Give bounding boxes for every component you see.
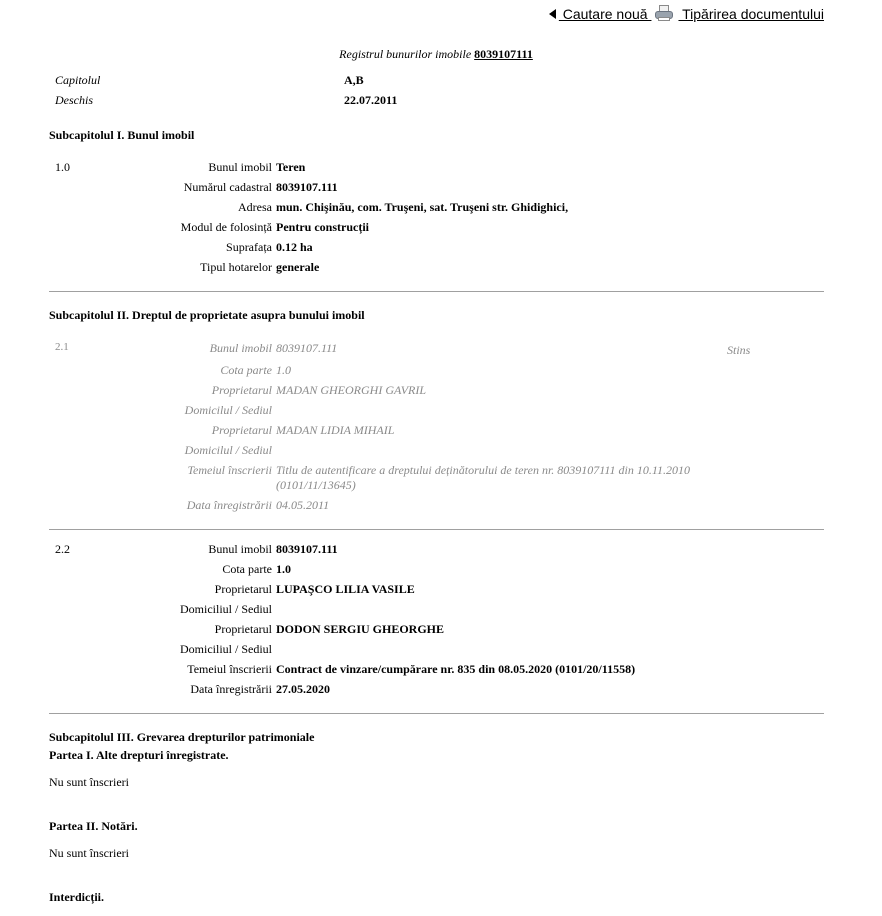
field-value: 04.05.2011 (276, 498, 329, 513)
field-value: 8039107.111 (276, 180, 338, 195)
field-label: Data înregistrării (52, 682, 272, 697)
subchapter-2-heading: Subcapitolul II. Dreptul de proprietate … (49, 308, 365, 323)
printer-icon[interactable] (654, 5, 674, 21)
field-value: MADAN LIDIA MIHAIL (276, 423, 394, 438)
field-label: Adresa (52, 200, 272, 215)
field-label: Domicilul / Sediul (52, 443, 272, 458)
field-value: generale (276, 260, 319, 275)
deschis-value: 22.07.2011 (344, 93, 397, 108)
field-label: Domiciliul / Sediul (52, 602, 272, 617)
field-value: 1.0 (276, 363, 291, 378)
field-label: Cota parte (52, 562, 272, 577)
field-value: Contract de vinzare/cumpărare nr. 835 di… (276, 662, 635, 677)
field-label: Data înregistrării (52, 498, 272, 513)
field-value: Pentru construcții (276, 220, 369, 235)
register-number: 8039107111 (474, 47, 533, 61)
field-value: 8039107.111 (276, 542, 338, 557)
field-value: mun. Chişinău, com. Truşeni, sat. Truşen… (276, 200, 568, 215)
field-label: Domicilul / Sediul (52, 403, 272, 418)
part-2-heading: Partea II. Notări. (49, 819, 138, 834)
page-title: Registrul bunurilor imobile 8039107111 (0, 47, 872, 62)
divider (49, 291, 824, 292)
field-value-continued: (0101/11/13645) (276, 478, 356, 493)
part-1-heading: Partea I. Alte drepturi înregistrate. (49, 748, 229, 763)
subchapter-3-heading: Subcapitolul III. Grevarea drepturilor p… (49, 730, 314, 745)
field-label: Proprietarul (52, 622, 272, 637)
field-label: Proprietarul (52, 423, 272, 438)
field-value: 0.12 ha (276, 240, 313, 255)
field-label: Bunul imobil (52, 341, 272, 356)
field-label: Numărul cadastral (52, 180, 272, 195)
subchapter-1-heading: Subcapitolul I. Bunul imobil (49, 128, 194, 143)
field-label: Proprietarul (52, 582, 272, 597)
field-label: Bunul imobil (52, 542, 272, 557)
field-value: 8039107.111 (276, 341, 337, 356)
deschis-label: Deschis (55, 93, 93, 108)
field-label: Domiciliul / Sediul (52, 642, 272, 657)
divider (49, 529, 824, 530)
field-value: 1.0 (276, 562, 291, 577)
field-value: Teren (276, 160, 305, 175)
new-search-link[interactable]: Cautare nouă (559, 6, 652, 22)
part-2-text: Nu sunt înscrieri (49, 846, 129, 861)
field-value: MADAN GHEORGHI GAVRIL (276, 383, 426, 398)
field-label: Bunul imobil (52, 160, 272, 175)
field-value: DODON SERGIU GHEORGHE (276, 622, 444, 637)
capitol-label: Capitolul (55, 73, 100, 88)
capitol-value: A,B (344, 73, 364, 88)
part-1-text: Nu sunt înscrieri (49, 775, 129, 790)
field-label: Tipul hotarelor (52, 260, 272, 275)
field-label: Modul de folosință (52, 220, 272, 235)
field-label: Temeiul înscrierii (52, 463, 272, 478)
status-badge: Stins (727, 343, 750, 358)
print-document-link[interactable]: Tipărirea documentului (678, 6, 824, 22)
back-arrow-icon (549, 9, 556, 19)
field-label: Suprafața (52, 240, 272, 255)
field-label: Temeiul înscrierii (52, 662, 272, 677)
field-value: LUPAŞCO LILIA VASILE (276, 582, 415, 597)
top-navigation: Cautare nouă Tipărirea documentului (549, 5, 824, 22)
field-label: Cota parte (52, 363, 272, 378)
field-label: Proprietarul (52, 383, 272, 398)
divider (49, 713, 824, 714)
field-value: Titlu de autentificare a dreptului dețin… (276, 463, 690, 478)
interdictions-heading: Interdicții. (49, 890, 104, 905)
field-value: 27.05.2020 (276, 682, 330, 697)
